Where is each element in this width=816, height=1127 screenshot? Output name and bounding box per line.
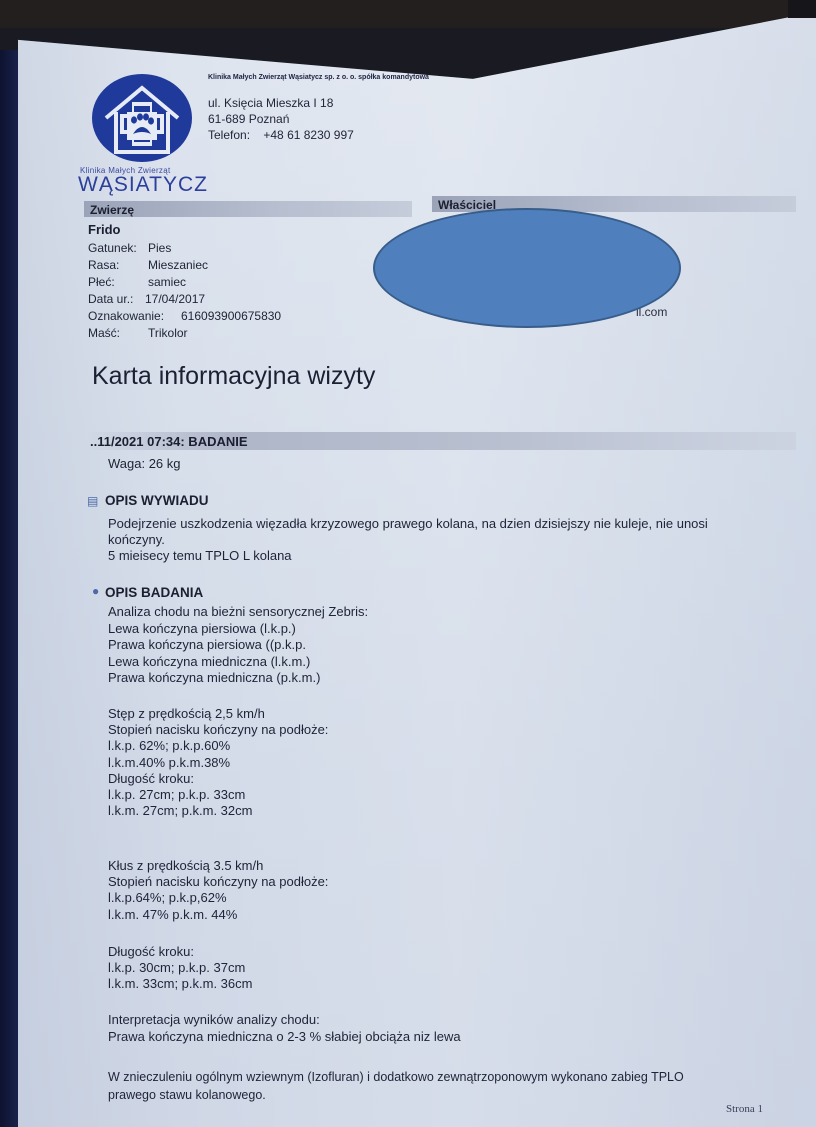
- exam-line: W znieczuleniu ogólnym wziewnym (Izoflur…: [108, 1070, 684, 1084]
- exam-line: Lewa kończyna miedniczna (l.k.m.): [108, 654, 310, 669]
- notes-icon: ▤: [87, 494, 98, 508]
- exam-line: Analiza chodu na bieżni sensorycznej Zeb…: [108, 604, 368, 619]
- exam-line: l.k.m. 47% p.k.m. 44%: [108, 907, 237, 922]
- page-number: Strona 1: [726, 1103, 763, 1115]
- animal-section-label: Zwierzę: [90, 203, 134, 217]
- house-paw-cross-icon: [90, 72, 194, 164]
- phone-label: Telefon:: [208, 128, 250, 142]
- exam-line: Interpretacja wyników analizy chodu:: [108, 1012, 320, 1027]
- animal-field-birthdate: Data ur.: 17/04/2017: [88, 292, 133, 306]
- history-line: 5 mieisecy temu TPLO L kolana: [108, 548, 292, 563]
- document-title: Karta informacyjna wizyty: [92, 362, 375, 391]
- exam-line: l.k.p. 27cm; p.k.p. 33cm: [108, 787, 245, 802]
- animal-field-sex: Płeć: samiec: [88, 275, 115, 289]
- exam-line: Stopień nacisku kończyny na podłoże:: [108, 722, 328, 737]
- history-heading: OPIS WYWIADU: [105, 493, 209, 508]
- exam-line: Prawa kończyna piersiowa ((p.k.p.: [108, 637, 306, 652]
- logo-name: WĄSIATYCZ: [78, 173, 208, 197]
- exam-line: Prawa kończyna miedniczna o 2-3 % słabie…: [108, 1029, 461, 1044]
- animal-field-species: Gatunek: Pies: [88, 241, 137, 255]
- clinic-full-name: Klinika Małych Zwierząt Wąsiatycz sp. z …: [208, 74, 429, 81]
- exam-line: l.k.m. 27cm; p.k.m. 32cm: [108, 803, 252, 818]
- background-dark-top: [0, 0, 816, 28]
- animal-field-color: Maść: Trikolor: [88, 326, 120, 340]
- exam-line: l.k.m. 33cm; p.k.m. 36cm: [108, 976, 252, 991]
- history-line: kończyny.: [108, 532, 165, 547]
- exam-line: Stęp z prędkością 2,5 km/h: [108, 706, 265, 721]
- exam-line: Długość kroku:: [108, 771, 194, 786]
- owner-redaction-ellipse: [373, 208, 681, 328]
- exam-line: Lewa kończyna piersiowa (l.k.p.): [108, 621, 296, 636]
- exam-line: Stopień nacisku kończyny na podłoże:: [108, 874, 328, 889]
- phone-number: +48 61 8230 997: [263, 128, 353, 142]
- exam-line: Prawa kończyna miedniczna (p.k.m.): [108, 670, 320, 685]
- weight: Waga: 26 kg: [108, 456, 181, 471]
- exam-line: Kłus z prędkością 3.5 km/h: [108, 858, 263, 873]
- exam-line: l.k.m.40% p.k.m.38%: [108, 755, 230, 770]
- exam-line: prawego stawu kolanowego.: [108, 1088, 266, 1102]
- history-line: Podejrzenie uszkodzenia więzadła krzyzow…: [108, 516, 708, 531]
- animal-field-chip: Oznakowanie: 616093900675830: [88, 309, 164, 323]
- animal-field-breed: Rasa: Mieszaniec: [88, 258, 119, 272]
- exam-line: l.k.p. 30cm; p.k.p. 37cm: [108, 960, 245, 975]
- visit-header: ..11/2021 07:34: BADANIE: [90, 434, 248, 449]
- clinic-address-city: 61-689 Poznań: [208, 112, 289, 126]
- exam-heading: OPIS BADANIA: [105, 585, 203, 600]
- exam-line: l.k.p. 62%; p.k.p.60%: [108, 738, 230, 753]
- clinic-phone-row: Telefon: +48 61 8230 997: [208, 128, 354, 142]
- animal-name: Frido: [88, 222, 121, 237]
- thermometer-icon: ●: [92, 584, 99, 598]
- background-corner: [788, 0, 816, 18]
- exam-line: l.k.p.64%; p.k.p,62%: [108, 890, 227, 905]
- clinic-logo: [90, 72, 194, 164]
- clinic-address-street: ul. Księcia Mieszka I 18: [208, 96, 333, 110]
- exam-line: Długość kroku:: [108, 944, 194, 959]
